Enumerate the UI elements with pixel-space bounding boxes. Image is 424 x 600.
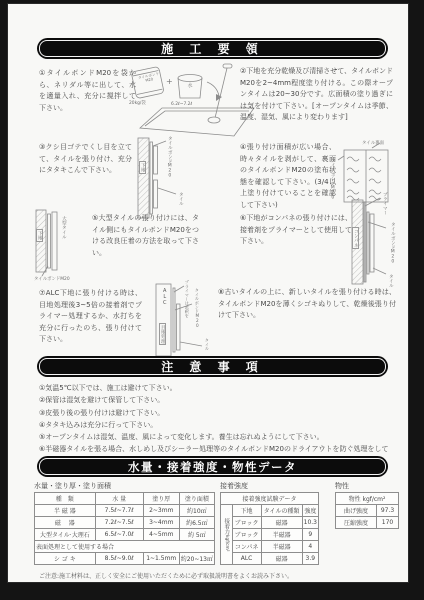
cell: 約20~13㎡	[179, 553, 214, 565]
step-3-text: ③クシ目ゴテでくし目を立てて、タイルを張り付け、充分にタタキこんで下さい。	[39, 142, 132, 177]
cell: 磁 器	[35, 517, 96, 529]
side-unit: kgf/cm²	[224, 535, 229, 551]
bond-label: タイルボンドM20	[194, 288, 199, 328]
construction-steps-area: ①タイルボンドM20を袋から、ネリダル等に出して、水を適量入れ、充分に撹拌して下…	[8, 62, 410, 356]
step-2-text: ②下地を充分乾燥及び清掃させて、タイルボンドM20を2~4mm程度塗り付ける。こ…	[240, 66, 393, 124]
table-row: ブロック 磁器 10.3	[221, 517, 319, 529]
section-title: 施 工 要 領	[37, 38, 388, 59]
cell: 1~1.5mm	[143, 553, 179, 565]
bond-label: タイルボンドM20	[390, 222, 395, 265]
col-header: 種 類	[35, 493, 96, 505]
cell: 2~3mm	[143, 505, 179, 517]
cell: 3~4mm	[143, 517, 179, 529]
note-1: ①気温5℃以下では、施工は避けて下さい。	[39, 382, 391, 394]
base-label: 下地	[140, 162, 145, 173]
table-row: 半 磁 器 7.5ℓ~7.7ℓ 2~3mm 約10㎡	[35, 505, 215, 517]
joint-treatment-label: 目地処理	[160, 324, 165, 344]
table-row: ALC 磁器 3.9	[221, 553, 319, 565]
water-table-caption: 水量・塗り厚・塗り面積	[34, 481, 111, 491]
document-page: 施 工 要 領 ①タイルボンドM20を袋から、ネリダル等に出して、水を適量入れ、…	[7, 3, 409, 583]
bond-label: タイルボンドM20	[167, 136, 172, 179]
note-4: ④タタキ込みは充分に行って下さい。	[39, 419, 391, 431]
note-5: ⑤オープンタイムは湿気、温度、風によって変化します。養生は忘れぬようにして下さい…	[39, 431, 391, 443]
property-table-caption: 物性	[335, 481, 349, 491]
cell: 約10㎡	[179, 505, 214, 517]
footer-caution-note: ご注意:施工材料は、正しく安全にご使用いただくために必ず取扱説明書をよくお読み下…	[39, 571, 293, 580]
step-7-text: ⑦ALC下地に張り付ける時は、目地処理後3~5倍の接着剤でプライマー処理するか、…	[39, 288, 142, 346]
note-2: ②保管は湿気を避けて保管して下さい。	[39, 394, 391, 406]
comb-coat-art	[134, 136, 194, 224]
step-1-text: ①タイルボンドM20を袋から、ネリダル等に出して、水を適量入れ、充分に撹拌して下…	[39, 68, 136, 114]
cell: 10.3	[302, 517, 318, 529]
tile-label: タイル	[204, 338, 209, 351]
table-row: ブロック 半磁器 9	[221, 529, 319, 541]
cell: 半磁器	[261, 541, 302, 553]
cell: 7.5ℓ~7.7ℓ	[95, 505, 143, 517]
plus-sign: +	[166, 77, 173, 86]
table-row: 曲げ強度 97.3	[336, 505, 399, 517]
section-header-precautions: 注 意 事 項	[37, 356, 388, 377]
cell: 9	[302, 529, 318, 541]
cell: シ ゴ キ	[35, 553, 96, 565]
alc-label: ALC	[161, 288, 167, 306]
table-header-row: 種 類 水 量 塗り厚 塗り面積	[35, 493, 215, 505]
step-8-text: ⑧古いタイルの上に、新しいタイルを張り付ける時は、タイルボンドM20を薄くシゴキ…	[218, 287, 396, 322]
bond-label: タイルボンドM20	[330, 158, 335, 201]
tile-back-label: タイル裏面	[362, 140, 384, 146]
primer-note-label: プライマーは希釈を	[184, 280, 189, 318]
cell: ブロック	[232, 517, 261, 529]
physical-property-table: 物性 kgf/cm² 曲げ強度 97.3 圧縮強度 170	[335, 492, 399, 529]
water-amount-table: 種 類 水 量 塗り厚 塗り面積 半 磁 器 7.5ℓ~7.7ℓ 2~3mm 約…	[34, 492, 215, 565]
section-header-construction: 施 工 要 領	[37, 38, 388, 59]
cell: コンパネ	[232, 541, 261, 553]
step-4-text: ④張り付け面積が広い場合、時々タイルを剥がして、裏面のタイルボンドM20の塗布状…	[240, 142, 336, 211]
table-title: 物性 kgf/cm²	[336, 493, 399, 505]
table-span-row: 表面処理として使用する場合	[35, 541, 215, 553]
alc-diagram: ALC 目地処理 プライマーは希釈を タイルボンドM20 タイル	[148, 280, 214, 360]
step-5-text: ⑤大型タイルの張り付けには、タイル側にもタイルボンドM20をつける改良圧着の方法…	[92, 213, 199, 259]
col-header: 水 量	[95, 493, 143, 505]
table-title-row: 接着強度試験データ	[221, 493, 319, 505]
table-header-row: 接着力 kgf/cm² 下地 タイルの種類 強度	[221, 505, 319, 517]
section-header-data: 水量・接着強度・物性データ	[37, 456, 388, 477]
note-3: ③皮張り後の張り付けは避けて下さい。	[39, 407, 391, 419]
cell: 半 磁 器	[35, 505, 96, 517]
table-row: 磁 器 7.2ℓ~7.5ℓ 3~4mm 約6.5㎡	[35, 517, 215, 529]
cell: ブロック	[232, 529, 261, 541]
base-label: 下地	[37, 230, 42, 241]
comb-coat-diagram: 下地 タイルボンドM20 タイル	[134, 136, 194, 224]
large-tile-label: 大型タイル	[61, 216, 66, 239]
plywood-diagram: プライマー コンパネ タイルボンドM20 タイル	[350, 192, 402, 292]
cell: 6.5ℓ~7.0ℓ	[95, 529, 143, 541]
water-bucket-label: 水	[184, 82, 196, 89]
col-header: 下地	[232, 505, 261, 517]
side-label-cell: 接着力 kgf/cm²	[221, 505, 233, 565]
col-header: タイルの種類	[261, 505, 302, 517]
step-6-text: ⑥下地がコンパネの張り付けには、接着剤をプライマーとして使用して下さい。	[240, 213, 352, 248]
table-row: 大型タイル·大理石 6.5ℓ~7.0ℓ 4~5mm 約 5㎡	[35, 529, 215, 541]
cell: 約 5㎡	[179, 529, 214, 541]
cell: 4~5mm	[143, 529, 179, 541]
cell: ALC	[232, 553, 261, 565]
cell: 3.9	[302, 553, 318, 565]
cell: 4	[302, 541, 318, 553]
col-header: 強度	[302, 505, 318, 517]
bag-weight-label: 20kg/袋	[129, 100, 146, 106]
tile-label: タイル	[178, 192, 183, 206]
cell: 7.2ℓ~7.5ℓ	[95, 517, 143, 529]
cell: 170	[377, 517, 399, 529]
cell: 97.3	[377, 505, 399, 517]
table-row: 圧縮強度 170	[336, 517, 399, 529]
scanned-instruction-sheet: { "section1": { "title": "施 工 要 領", "ste…	[0, 0, 424, 600]
cell: 磁器	[261, 517, 302, 529]
cell: 8.5ℓ~9.0ℓ	[95, 553, 143, 565]
primer-label: プライマー	[382, 192, 387, 215]
table-row: コンパネ 半磁器 4	[221, 541, 319, 553]
col-header: 塗り面積	[179, 493, 214, 505]
cell: 曲げ強度	[336, 505, 377, 517]
cell: 表面処理として使用する場合	[35, 541, 215, 553]
cell: 約6.5㎡	[179, 517, 214, 529]
section-title: 水量・接着強度・物性データ	[37, 456, 388, 477]
cell: 圧縮強度	[336, 517, 377, 529]
tile-label: タイル	[388, 274, 393, 288]
side-label: 接着力	[222, 518, 230, 535]
table-title-row: 物性 kgf/cm²	[336, 493, 399, 505]
plywood-label: コンパネ	[353, 228, 358, 248]
col-header: 塗り厚	[143, 493, 179, 505]
large-tile-diagram: 下地 大型タイル タイルボンドM20	[34, 208, 90, 282]
strength-table-caption: 接着強度	[220, 481, 248, 491]
table-row: シ ゴ キ 8.5ℓ~9.0ℓ 1~1.5mm 約20~13㎡	[35, 553, 215, 565]
adhesion-strength-table: 接着強度試験データ 接着力 kgf/cm² 下地 タイルの種類 強度 ブロック …	[220, 492, 319, 565]
cell: 磁器	[261, 553, 302, 565]
water-amount-label: 6.2ℓ~7.2ℓ	[171, 102, 192, 107]
cell: 半磁器	[261, 529, 302, 541]
cell: 大型タイル·大理石	[35, 529, 96, 541]
table-title: 接着強度試験データ	[221, 493, 319, 505]
section-title: 注 意 事 項	[37, 356, 388, 377]
bond-label: タイルボンドM20	[34, 276, 70, 282]
